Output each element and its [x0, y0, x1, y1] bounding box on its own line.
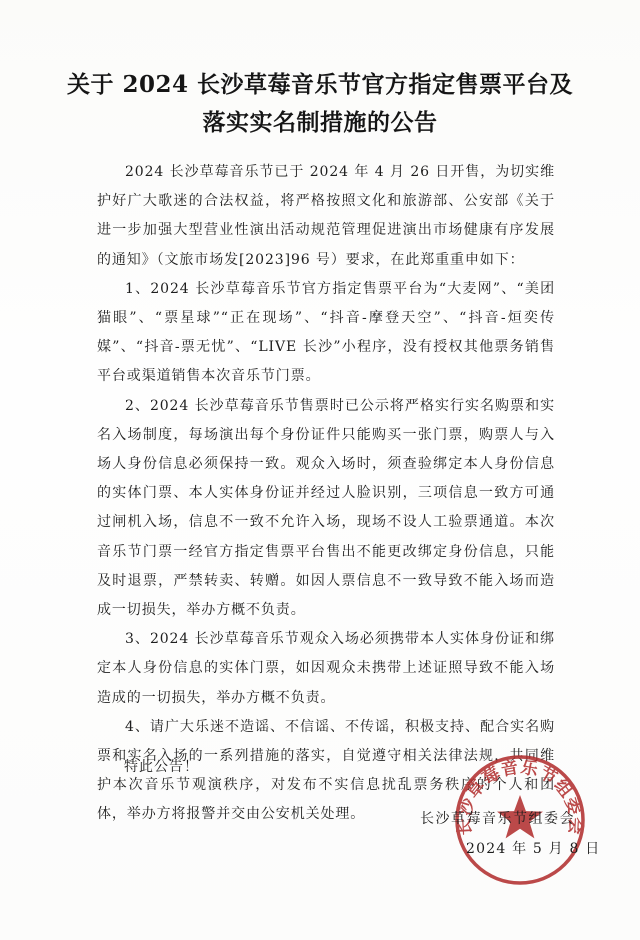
title-line-2: 落实实名制措施的公告 — [0, 104, 640, 142]
intro-paragraph: 2024 长沙草莓音乐节已于 2024 年 4 月 26 日开售，为切实维护好广… — [97, 158, 555, 275]
title-line-1: 关于 2024 长沙草莓音乐节官方指定售票平台及 — [0, 66, 640, 104]
signature-organizer: 长沙草莓音乐节组委会 — [420, 808, 575, 828]
document-title: 关于 2024 长沙草莓音乐节官方指定售票平台及 落实实名制措施的公告 — [0, 66, 640, 142]
signature-date: 2024 年 5 月 8 日 — [466, 838, 601, 858]
closing-remark: 特此公告！ — [124, 756, 199, 776]
item-3-paragraph: 3、2024 长沙草莓音乐节观众入场必须携带本人实体身份证和绑定本人身份信息的实… — [97, 625, 555, 713]
document-body: 2024 长沙草莓音乐节已于 2024 年 4 月 26 日开售，为切实维护好广… — [97, 158, 555, 830]
item-1-paragraph: 1、2024 长沙草莓音乐节官方指定售票平台为“大麦网”、“美团猫眼”、“票星球… — [97, 275, 555, 392]
document-page: 关于 2024 长沙草莓音乐节官方指定售票平台及 落实实名制措施的公告 2024… — [0, 0, 640, 940]
item-2-paragraph: 2、2024 长沙草莓音乐节售票时已公示将严格实行实名购票和实名入场制度，每场演… — [97, 392, 555, 626]
